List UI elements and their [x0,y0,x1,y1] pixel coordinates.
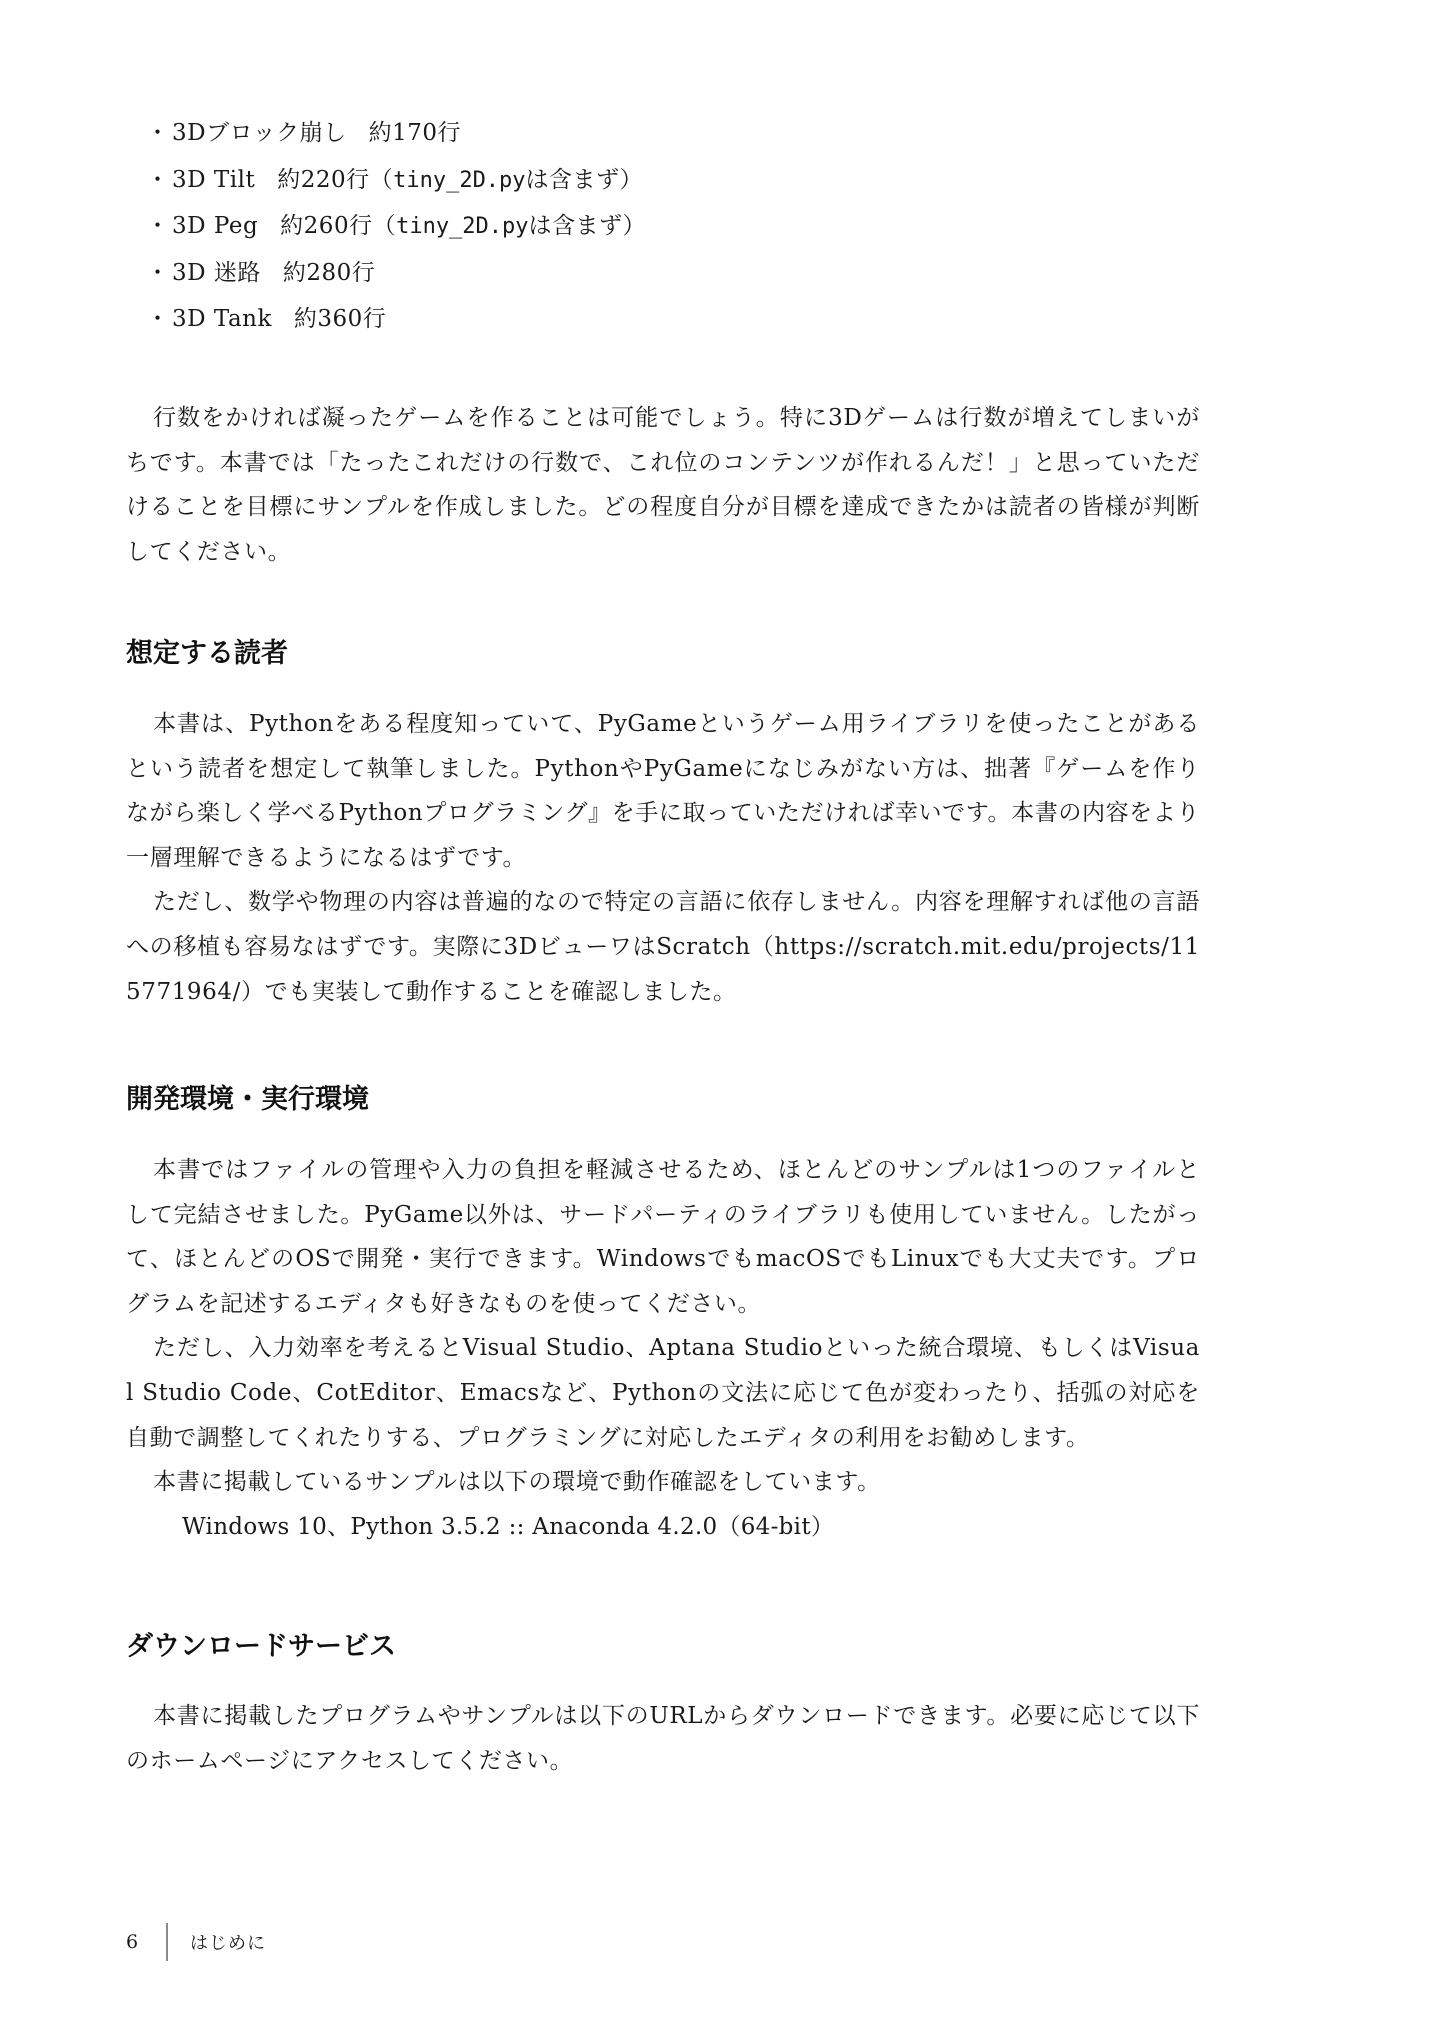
page-footer: 6 はじめに [126,1922,266,1962]
paragraph: ただし、入力効率を考えるとVisual Studio、Aptana Studio… [126,1326,1200,1460]
line-count: 約260行 [280,213,372,239]
bullet-icon: ・ [146,159,172,201]
note-text: は含まず） [526,167,644,193]
environment-spec: Windows 10、Python 3.5.2 :: Anaconda 4.2.… [126,1505,1200,1550]
line-count-list: ・3Dブロック崩し約170行 ・3D Tilt約220行（tiny_2D.pyは… [146,112,646,345]
game-name: 3D 迷路 [172,260,261,286]
code-filename: tiny_2D.py [393,168,525,193]
paragraph: 本書に掲載したプログラムやサンプルは以下のURLからダウンロードできます。必要に… [126,1694,1200,1783]
section-heading-readers: 想定する読者 [126,637,288,671]
bullet-icon: ・ [146,112,172,154]
line-count: 約360行 [294,306,386,332]
note-open-paren: （ [370,167,394,193]
paragraph: 本書ではファイルの管理や入力の負担を軽減させるため、ほとんどのサンプルは1つのフ… [126,1148,1200,1326]
line-count: 約170行 [369,120,461,146]
note-text: は含まず） [529,213,647,239]
paragraph: 本書は、Pythonをある程度知っていて、PyGameというゲーム用ライブラリを… [126,702,1200,880]
intro-block: 行数をかければ凝ったゲームを作ることは可能でしょう。特に3Dゲームは行数が増えて… [126,396,1200,574]
line-count: 約280行 [283,260,375,286]
section-heading-download: ダウンロードサービス [126,1630,396,1664]
list-item: ・3Dブロック崩し約170行 [146,112,646,159]
section-environment-body: 本書ではファイルの管理や入力の負担を軽減させるため、ほとんどのサンプルは1つのフ… [126,1148,1200,1549]
bullet-icon: ・ [146,298,172,340]
paragraph: ただし、数学や物理の内容は普遍的なので特定の言語に依存しません。内容を理解すれば… [126,880,1200,1014]
list-item: ・3D Tank約360行 [146,298,646,345]
game-name: 3D Tilt [172,167,255,193]
list-item: ・3D Tilt約220行（tiny_2D.pyは含まず） [146,159,646,206]
game-name: 3D Tank [172,306,272,332]
section-heading-environment: 開発環境・実行環境 [126,1083,369,1117]
list-item: ・3D Peg約260行（tiny_2D.pyは含まず） [146,205,646,252]
code-filename: tiny_2D.py [396,214,528,239]
bullet-icon: ・ [146,205,172,247]
line-count: 約220行 [277,167,369,193]
game-name: 3D Peg [172,213,258,239]
game-name: 3Dブロック崩し [172,120,347,146]
paragraph: 本書に掲載しているサンプルは以下の環境で動作確認をしています。 [126,1460,1200,1505]
section-readers-body: 本書は、Pythonをある程度知っていて、PyGameというゲーム用ライブラリを… [126,702,1200,1014]
running-section-title: はじめに [190,1929,266,1955]
note-open-paren: （ [373,213,397,239]
footer-divider [166,1923,168,1961]
section-download-body: 本書に掲載したプログラムやサンプルは以下のURLからダウンロードできます。必要に… [126,1694,1200,1783]
bullet-icon: ・ [146,252,172,294]
book-page: ・3Dブロック崩し約170行 ・3D Tilt約220行（tiny_2D.pyは… [0,0,1433,2024]
page-number: 6 [126,1931,156,1953]
list-item: ・3D 迷路約280行 [146,252,646,299]
intro-paragraph: 行数をかければ凝ったゲームを作ることは可能でしょう。特に3Dゲームは行数が増えて… [126,396,1200,574]
